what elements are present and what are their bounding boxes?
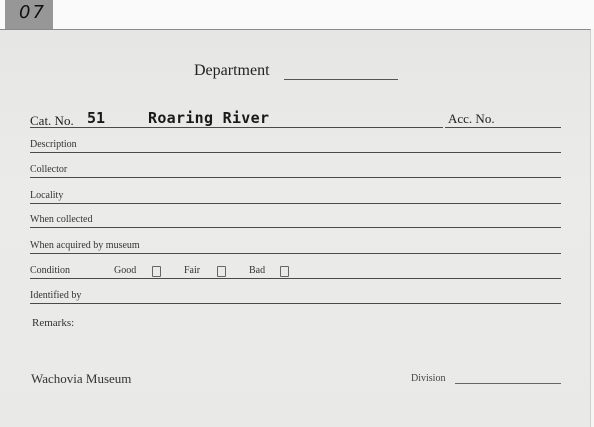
top-strip — [0, 0, 594, 29]
description-label: Description — [30, 139, 77, 150]
condition-label: Condition — [30, 265, 70, 276]
acc-no-field[interactable] — [445, 127, 561, 128]
remarks-label: Remarks: — [32, 317, 74, 329]
condition-bad-label: Bad — [249, 265, 265, 276]
catalog-card — [0, 29, 591, 427]
department-label: Department — [194, 62, 270, 80]
condition-fair-checkbox[interactable] — [217, 266, 226, 277]
condition-fair-label: Fair — [184, 265, 200, 276]
division-label: Division — [411, 373, 445, 384]
condition-good-checkbox[interactable] — [152, 266, 161, 277]
division-field[interactable] — [455, 383, 561, 384]
collector-field[interactable]: Collector — [30, 165, 561, 178]
locality-field[interactable]: Locality — [30, 191, 561, 204]
when-acquired-field[interactable]: When acquired by museum — [30, 240, 561, 254]
typed-locality: Roaring River — [148, 109, 269, 127]
acc-no-label: Acc. No. — [448, 111, 495, 127]
tab-handwritten-mark: 07 — [19, 2, 46, 23]
condition-good-label: Good — [114, 265, 136, 276]
locality-label: Locality — [30, 190, 63, 201]
when-acquired-label: When acquired by museum — [30, 240, 140, 251]
collector-label: Collector — [30, 164, 67, 175]
department-field[interactable] — [284, 79, 398, 80]
when-collected-field[interactable]: When collected — [30, 215, 561, 228]
identified-by-label: Identified by — [30, 290, 81, 301]
cat-no-field[interactable] — [30, 127, 443, 128]
description-field[interactable]: Description — [30, 140, 561, 153]
when-collected-label: When collected — [30, 214, 92, 225]
condition-bad-checkbox[interactable] — [280, 266, 289, 277]
condition-row: Condition — [30, 265, 561, 279]
museum-name: Wachovia Museum — [31, 371, 131, 387]
identified-by-field[interactable]: Identified by — [30, 290, 561, 304]
cat-no-value: 51 — [87, 109, 105, 127]
